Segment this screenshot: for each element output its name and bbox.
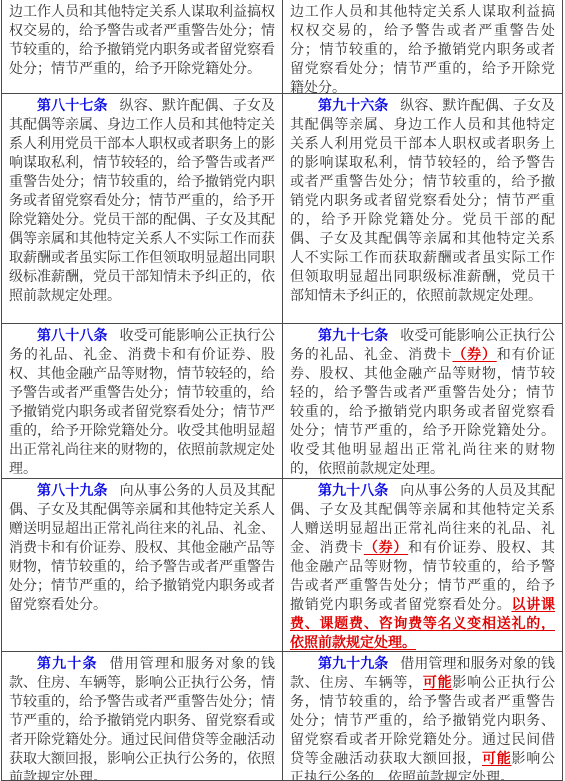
- article-paragraph: 边工作人员和其他特定关系人谋取利益搞权权交易的，给予警告或者严重警告处分；情节较…: [9, 3, 275, 79]
- body-text: 边工作人员和其他特定关系人谋取利益搞权权交易的，给予警告或者严重警告处分；情节较…: [9, 4, 275, 77]
- article-number: 第九十条: [37, 656, 98, 672]
- article-number: 第九十六条: [318, 98, 388, 114]
- article-paragraph: 第八十七条纵容、默许配偶、子女及其配偶等亲属、身边工作人员和其他特定关系人利用党…: [9, 97, 275, 306]
- article-number: 第八十七条: [37, 98, 108, 114]
- old-version-cell: 第八十九条向从事公务的人员及其配偶、子女及其配偶等亲属和其他特定关系人赠送明显超…: [2, 479, 282, 651]
- revision-added-text: 可能: [482, 751, 512, 767]
- article-paragraph: 第八十八条收受可能影响公正执行公务的礼品、礼金、消费卡和有价证券、股权、其他金融…: [9, 327, 275, 478]
- article-paragraph: 边工作人员和其他特定关系人谋取利益搞权权交易的，给予警告或者严重警告处分；情节较…: [290, 3, 555, 93]
- new-version-cell: 第九十八条向从事公务的人员及其配偶、子女及其配偶等亲属和其他特定关系人赠送明显超…: [282, 479, 562, 651]
- revision-added-text: 可能: [423, 675, 453, 691]
- old-version-cell: 第九十条借用管理和服务对象的钱款、住房、车辆等，影响公正执行公务，情节较重的，给…: [2, 652, 282, 780]
- new-version-cell: 第九十七条收受可能影响公正执行公务的礼品、礼金、消费卡（券）和有价证券、股权、其…: [282, 324, 562, 478]
- table-row: 第九十条借用管理和服务对象的钱款、住房、车辆等，影响公正执行公务，情节较重的，给…: [2, 652, 562, 781]
- new-version-cell: 第九十九条借用管理和服务对象的钱款、住房、车辆等，可能影响公正执行公务，情节较重…: [282, 652, 562, 780]
- article-paragraph: 第九十九条借用管理和服务对象的钱款、住房、车辆等，可能影响公正执行公务，情节较重…: [290, 655, 555, 780]
- article-number: 第九十八条: [318, 483, 388, 499]
- body-text: 纵容、默许配偶、子女及其配偶等亲属、身边工作人员和其他特定关系人利用党员干部本人…: [9, 98, 275, 304]
- table-row: 第八十八条收受可能影响公正执行公务的礼品、礼金、消费卡和有价证券、股权、其他金融…: [2, 324, 562, 479]
- body-text: 收受可能影响公正执行公务的礼品、礼金、消费卡和有价证券、股权、其他金融产品等财物…: [9, 328, 275, 477]
- article-paragraph: 第九十条借用管理和服务对象的钱款、住房、车辆等，影响公正执行公务，情节较重的，给…: [9, 655, 275, 780]
- article-number: 第九十七条: [318, 328, 388, 344]
- new-version-cell: 第九十六条纵容、默许配偶、子女及其配偶等亲属、身边工作人员和其他特定关系人利用党…: [282, 94, 562, 323]
- article-paragraph: 第八十九条向从事公务的人员及其配偶、子女及其配偶等亲属和其他特定关系人赠送明显超…: [9, 482, 275, 615]
- article-number: 第八十九条: [37, 483, 108, 499]
- revision-added-text: （券）: [364, 540, 408, 556]
- article-paragraph: 第九十七条收受可能影响公正执行公务的礼品、礼金、消费卡（券）和有价证券、股权、其…: [290, 327, 555, 478]
- body-text: 向从事公务的人员及其配偶、子女及其配偶等亲属和其他特定关系人赠送明显超出正常礼尚…: [9, 483, 275, 613]
- revision-added-text: （券）: [452, 347, 496, 363]
- article-number: 第八十八条: [37, 328, 108, 344]
- body-text: 纵容、默许配偶、子女及其配偶等亲属、身边工作人员和其他特定关系人利用党员干部本人…: [290, 98, 555, 304]
- old-version-cell: 第八十八条收受可能影响公正执行公务的礼品、礼金、消费卡和有价证券、股权、其他金融…: [2, 324, 282, 478]
- old-version-cell: 第八十七条纵容、默许配偶、子女及其配偶等亲属、身边工作人员和其他特定关系人利用党…: [2, 94, 282, 323]
- article-number: 第九十九条: [318, 656, 388, 672]
- table-row: 边工作人员和其他特定关系人谋取利益搞权权交易的，给予警告或者严重警告处分；情节较…: [2, 0, 562, 94]
- comparison-table: 边工作人员和其他特定关系人谋取利益搞权权交易的，给予警告或者严重警告处分；情节较…: [1, 0, 563, 781]
- article-paragraph: 第九十六条纵容、默许配偶、子女及其配偶等亲属、身边工作人员和其他特定关系人利用党…: [290, 97, 555, 306]
- article-paragraph: 第九十八条向从事公务的人员及其配偶、子女及其配偶等亲属和其他特定关系人赠送明显超…: [290, 482, 555, 651]
- table-row: 第八十七条纵容、默许配偶、子女及其配偶等亲属、身边工作人员和其他特定关系人利用党…: [2, 94, 562, 324]
- document-page: 边工作人员和其他特定关系人谋取利益搞权权交易的，给予警告或者严重警告处分；情节较…: [0, 0, 565, 781]
- new-version-cell: 边工作人员和其他特定关系人谋取利益搞权权交易的，给予警告或者严重警告处分；情节较…: [282, 0, 562, 93]
- body-text: 借用管理和服务对象的钱款、住房、车辆等，影响公正执行公务，情节较重的，给予警告或…: [9, 656, 275, 780]
- body-text: 边工作人员和其他特定关系人谋取利益搞权权交易的，给予警告或者严重警告处分；情节较…: [290, 4, 555, 93]
- old-version-cell: 边工作人员和其他特定关系人谋取利益搞权权交易的，给予警告或者严重警告处分；情节较…: [2, 0, 282, 93]
- table-row: 第八十九条向从事公务的人员及其配偶、子女及其配偶等亲属和其他特定关系人赠送明显超…: [2, 479, 562, 652]
- body-text: 和有价证券、股权、其他金融产品等财物，情节较轻的，给予警告或者严重警告处分；情节…: [290, 347, 555, 477]
